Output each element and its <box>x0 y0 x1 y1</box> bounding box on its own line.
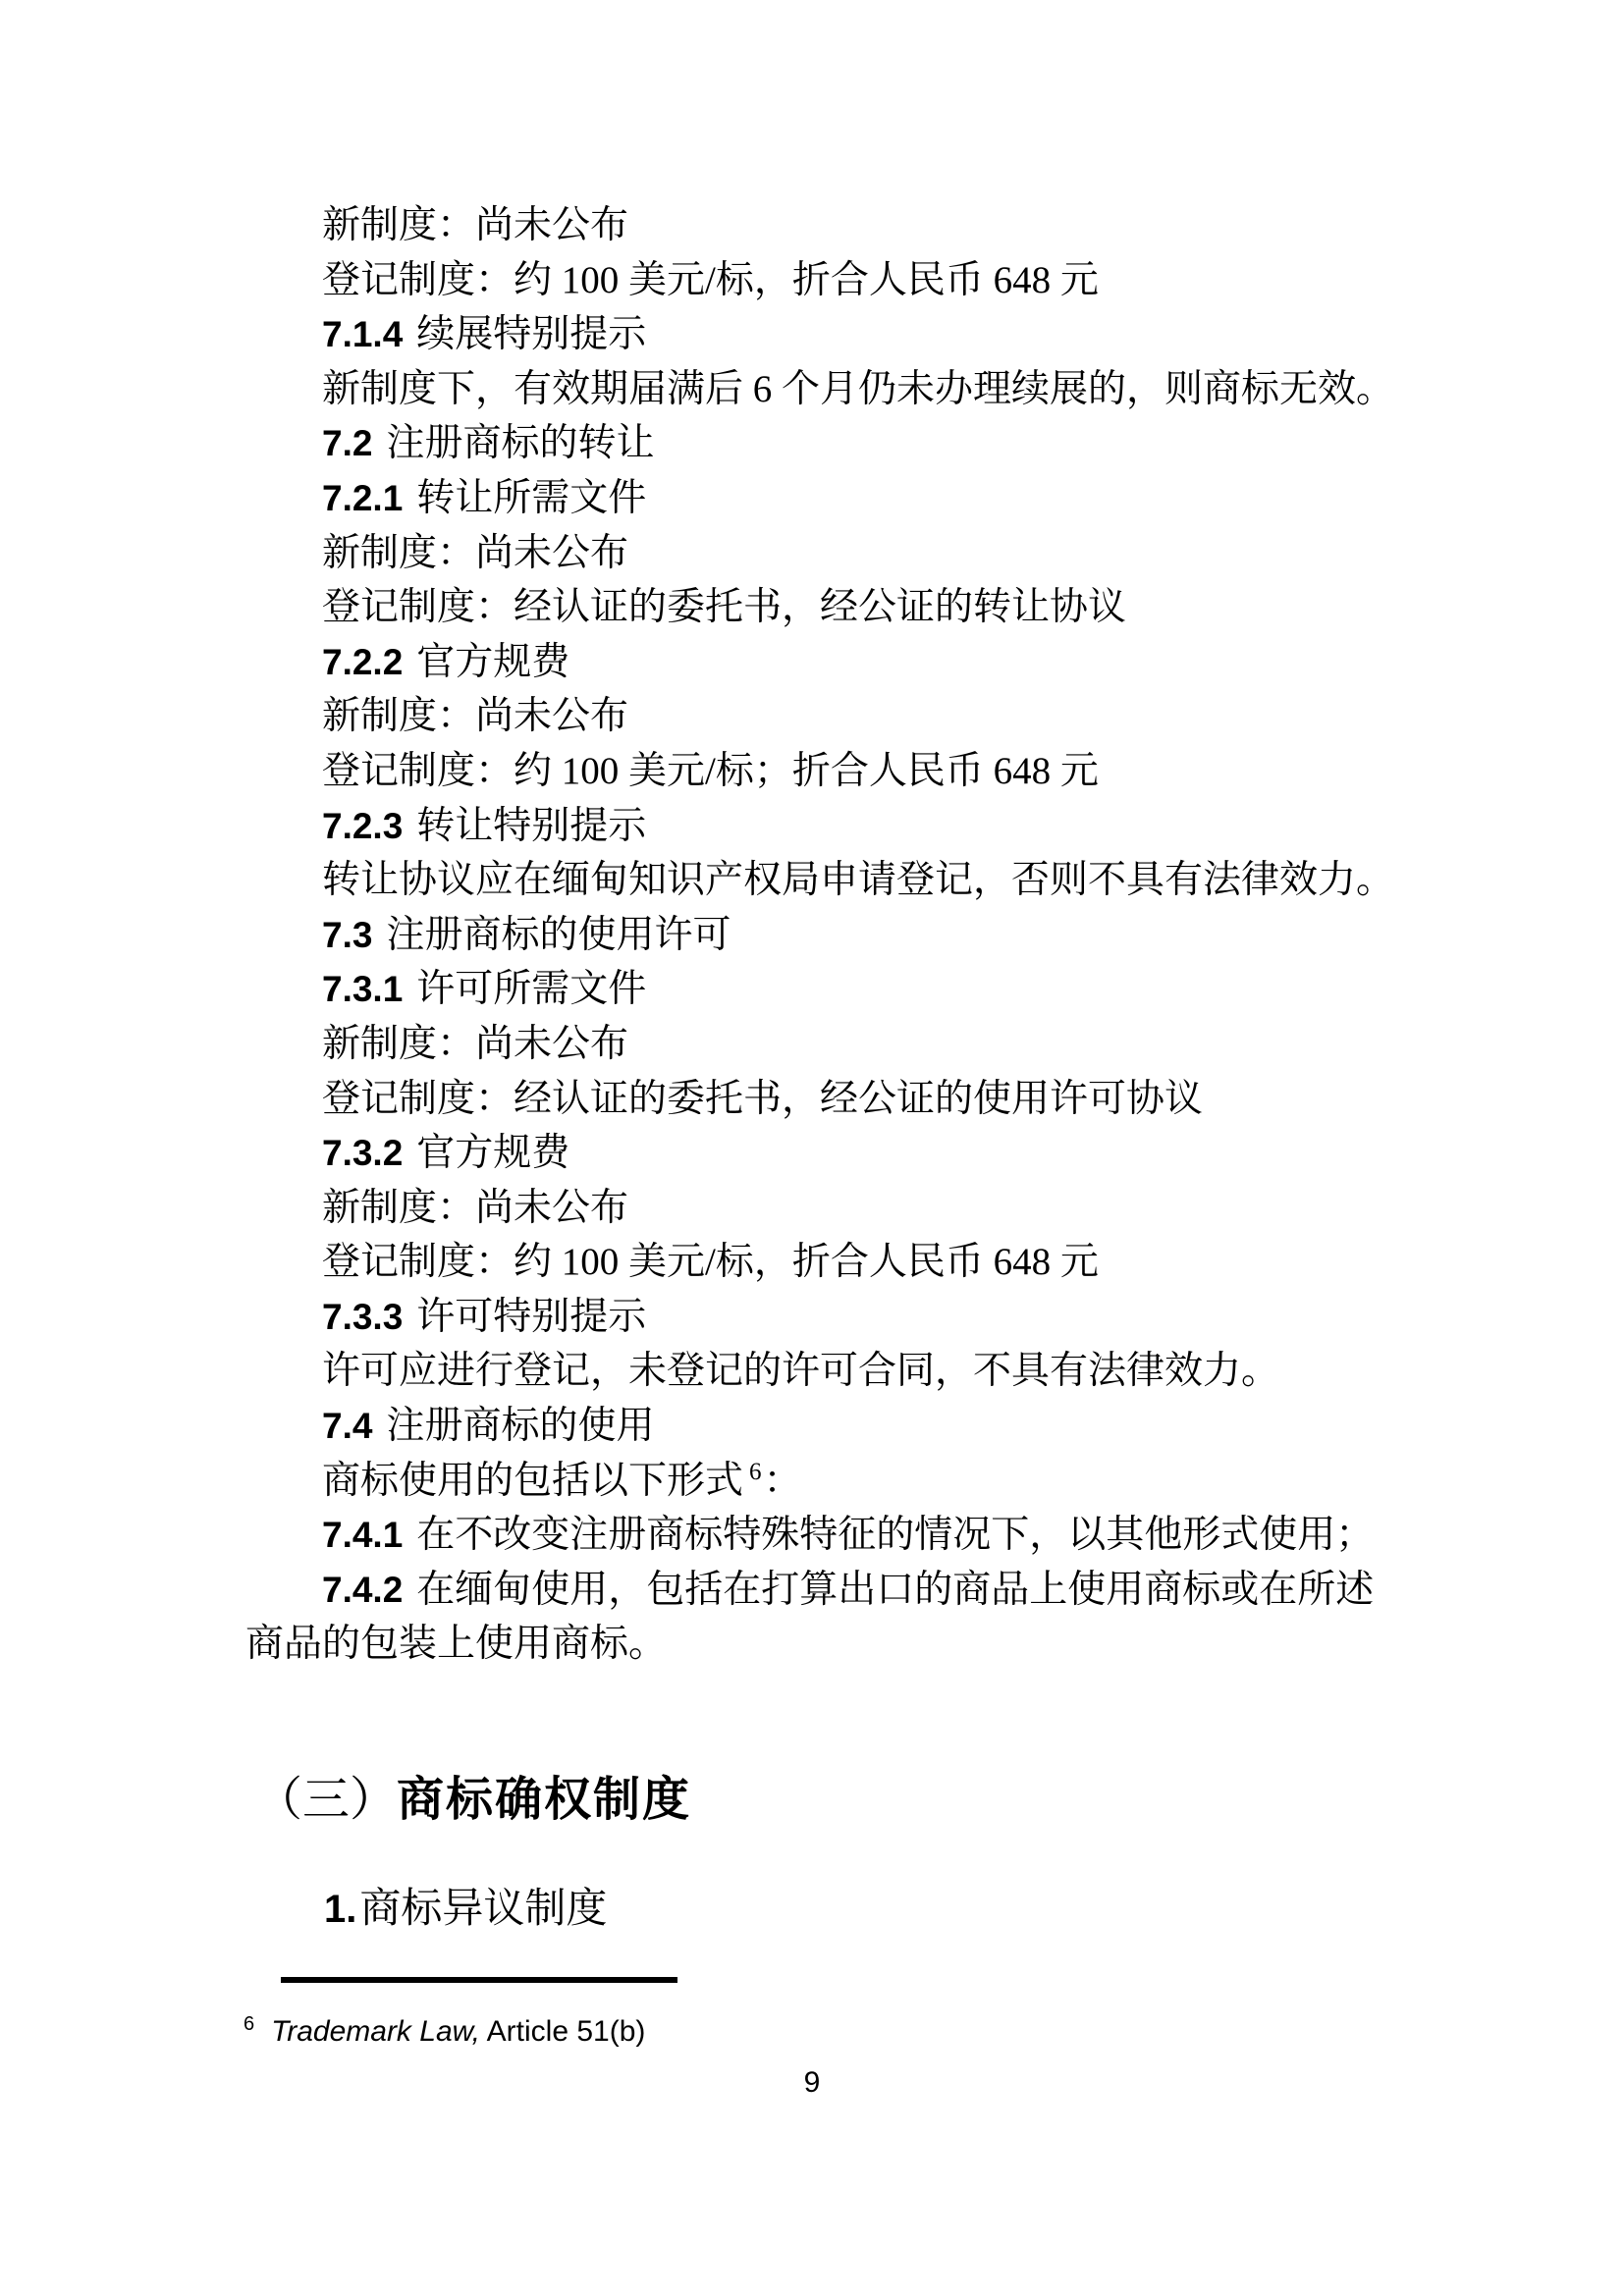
line-text: 转让协议应在缅甸知识产权局申请登记，否则不具有法律效力。 <box>322 859 1394 901</box>
clause-number: 7.3.3 <box>322 1297 403 1337</box>
line-text: 登记制度：约 100 美元/标，折合人民币 648 元 <box>322 259 1099 301</box>
body-line: 新制度：尚未公布 <box>245 1017 1394 1072</box>
section-heading-prefix: （三） <box>255 1774 397 1826</box>
line-tail: ： <box>764 1460 802 1502</box>
clause-number: 7.3.2 <box>322 1133 403 1173</box>
line-text: 登记制度：经认证的委托书，经公证的转让协议 <box>322 586 1126 628</box>
clause-number: 7.3.1 <box>322 969 403 1009</box>
line-text: 许可所需文件 <box>416 968 646 1010</box>
body-line: 新制度：尚未公布 <box>245 1181 1394 1236</box>
line-text: 注册商标的转让 <box>386 422 654 464</box>
body-line: 登记制度：经认证的委托书，经公证的使用许可协议 <box>245 1072 1394 1127</box>
body-line: 新制度：尚未公布 <box>245 689 1394 744</box>
line-text: 登记制度：约 100 美元/标，折合人民币 648 元 <box>322 1241 1099 1283</box>
line-text: 新制度：尚未公布 <box>322 1187 628 1229</box>
footnote-reference: 6 <box>749 1459 762 1485</box>
clause-number: 7.4 <box>322 1406 372 1446</box>
body-line: 7.3.3许可特别提示 <box>245 1290 1394 1345</box>
body-line: 商品的包装上使用商标。 <box>245 1617 1394 1672</box>
line-text: 官方规费 <box>416 1132 569 1174</box>
body-line: 7.2.2官方规费 <box>245 635 1394 690</box>
line-text: 许可应进行登记，未登记的许可合同，不具有法律效力。 <box>322 1350 1279 1392</box>
line-text: 注册商标的使用许可 <box>386 914 731 956</box>
body-line: 登记制度：约 100 美元/标，折合人民币 648 元 <box>245 253 1394 308</box>
line-text: 转让特别提示 <box>416 805 646 847</box>
page-number: 9 <box>0 2065 1624 2101</box>
body-line: 新制度下，有效期届满后 6 个月仍未办理续展的，则商标无效。 <box>245 362 1394 417</box>
line-text: 注册商标的使用 <box>386 1405 654 1447</box>
footnote-source-title: Trademark Law, <box>271 2015 480 2048</box>
subsection-item: 1.商标异议制度 <box>245 1884 607 1935</box>
line-text: 登记制度：经认证的委托书，经公证的使用许可协议 <box>322 1078 1203 1120</box>
clause-number: 7.2.2 <box>322 642 403 682</box>
line-text: 商标使用的包括以下形式 <box>322 1460 743 1502</box>
clause-number: 7.4.1 <box>322 1515 403 1555</box>
clause-number: 7.2.1 <box>322 478 403 518</box>
line-text: 商品的包装上使用商标。 <box>245 1623 667 1665</box>
section-heading: （三）商标确权制度 <box>255 1771 691 1830</box>
subsection-number: 1. <box>324 1888 356 1931</box>
body-line: 新制度：尚未公布 <box>245 526 1394 581</box>
body-line: 7.2.3转让特别提示 <box>245 799 1394 854</box>
line-text: 新制度：尚未公布 <box>322 532 628 574</box>
line-text: 续展特别提示 <box>416 313 646 355</box>
subsection-title: 商标异议制度 <box>359 1887 607 1932</box>
footnote: 6Trademark Law, Article 51(b) <box>244 2013 645 2051</box>
line-text: 在缅甸使用，包括在打算出口的商品上使用商标或在所述 <box>416 1569 1374 1611</box>
line-text: 官方规费 <box>416 641 569 683</box>
body-line: 转让协议应在缅甸知识产权局申请登记，否则不具有法律效力。 <box>245 853 1394 908</box>
body-line: 登记制度：约 100 美元/标；折合人民币 648 元 <box>245 744 1394 799</box>
line-text: 在不改变注册商标特殊特征的情况下，以其他形式使用； <box>416 1514 1374 1556</box>
clause-number: 7.4.2 <box>322 1570 403 1610</box>
body-text: 新制度：尚未公布登记制度：约 100 美元/标，折合人民币 648 元7.1.4… <box>245 198 1394 1672</box>
body-line: 7.3.1许可所需文件 <box>245 962 1394 1017</box>
clause-number: 7.3 <box>322 915 372 955</box>
line-text: 新制度：尚未公布 <box>322 204 628 246</box>
body-line: 新制度：尚未公布 <box>245 198 1394 253</box>
line-text: 新制度：尚未公布 <box>322 1023 628 1065</box>
body-line: 7.4.2在缅甸使用，包括在打算出口的商品上使用商标或在所述 <box>245 1563 1394 1618</box>
body-line: 7.2注册商标的转让 <box>245 416 1394 471</box>
section-heading-title: 商标确权制度 <box>397 1774 691 1826</box>
footnote-separator <box>281 1977 677 1983</box>
body-line: 7.1.4续展特别提示 <box>245 307 1394 362</box>
document-page: 新制度：尚未公布登记制度：约 100 美元/标，折合人民币 648 元7.1.4… <box>0 0 1624 2296</box>
body-line: 7.2.1转让所需文件 <box>245 471 1394 526</box>
body-line: 商标使用的包括以下形式6： <box>245 1454 1394 1509</box>
body-line: 7.3注册商标的使用许可 <box>245 908 1394 963</box>
footnote-source-article: Article 51(b) <box>480 2015 645 2048</box>
body-line: 登记制度：经认证的委托书，经公证的转让协议 <box>245 580 1394 635</box>
body-line: 7.4注册商标的使用 <box>245 1399 1394 1454</box>
line-text: 新制度下，有效期届满后 6 个月仍未办理续展的，则商标无效。 <box>322 368 1394 410</box>
body-line: 7.4.1在不改变注册商标特殊特征的情况下，以其他形式使用； <box>245 1508 1394 1563</box>
line-text: 新制度：尚未公布 <box>322 695 628 737</box>
clause-number: 7.1.4 <box>322 314 403 354</box>
footnote-marker: 6 <box>244 2013 254 2035</box>
body-line: 7.3.2官方规费 <box>245 1126 1394 1181</box>
body-line: 登记制度：约 100 美元/标，折合人民币 648 元 <box>245 1235 1394 1290</box>
line-text: 转让所需文件 <box>416 477 646 519</box>
clause-number: 7.2.3 <box>322 806 403 846</box>
clause-number: 7.2 <box>322 423 372 463</box>
line-text: 许可特别提示 <box>416 1296 646 1338</box>
body-line: 许可应进行登记，未登记的许可合同，不具有法律效力。 <box>245 1344 1394 1399</box>
line-text: 登记制度：约 100 美元/标；折合人民币 648 元 <box>322 750 1099 792</box>
